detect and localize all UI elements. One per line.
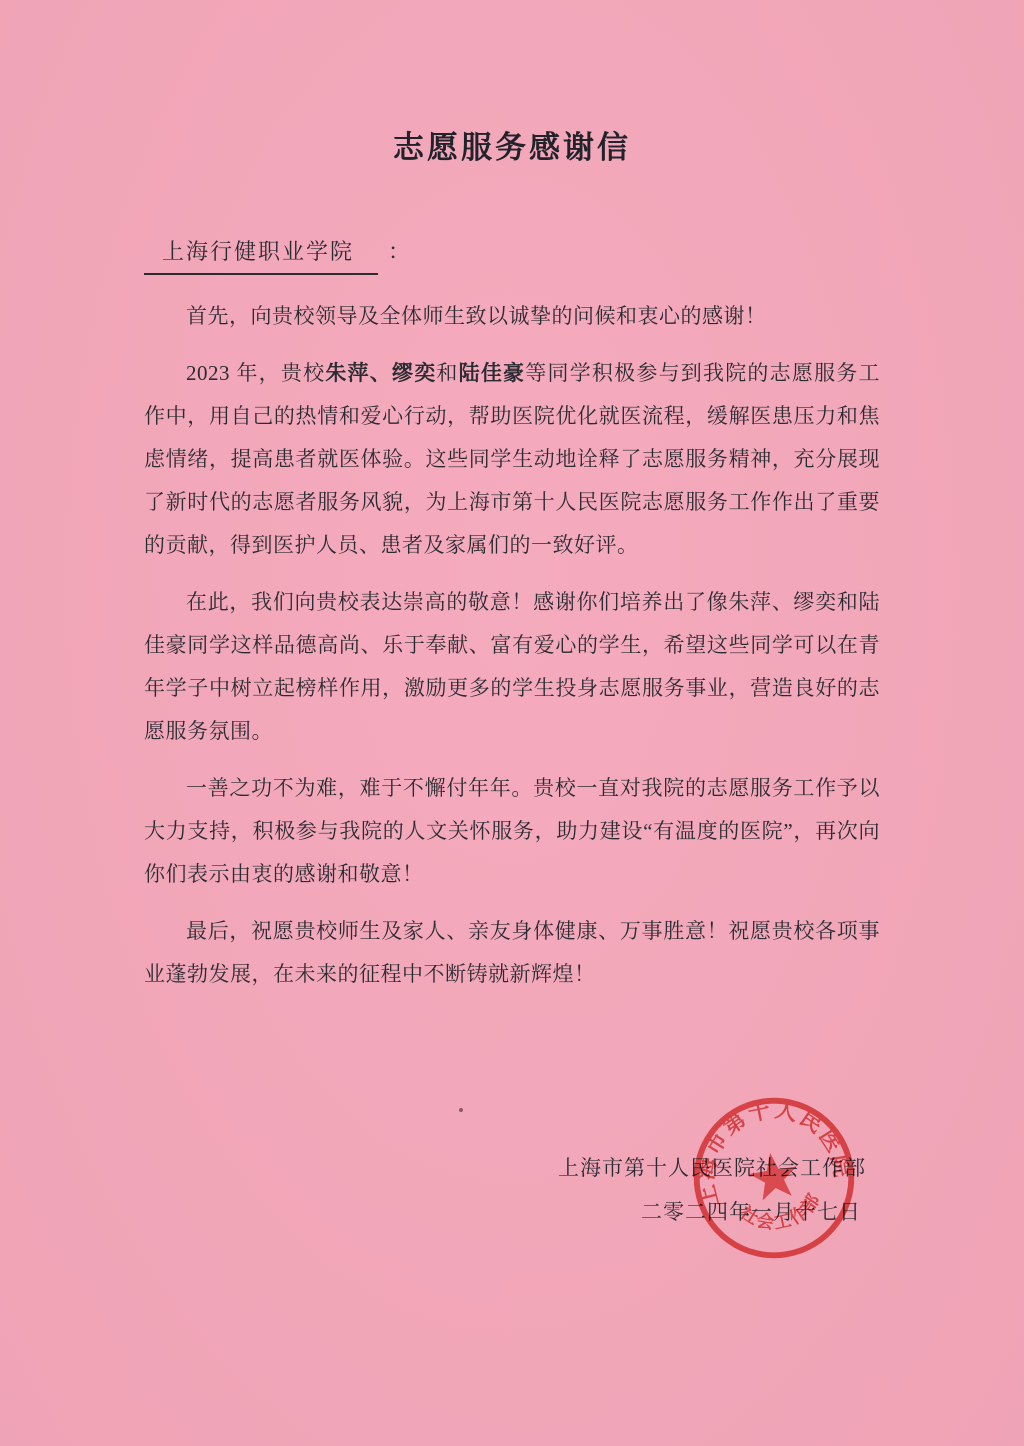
letter-body: 上海行健职业学院： 首先，向贵校领导及全体师生致以诚挚的问候和衷心的感谢！202… xyxy=(144,234,880,1010)
paragraph: 一善之功不为难，难于不懈付年年。贵校一直对我院的志愿服务工作予以大力支持，积极参… xyxy=(144,767,880,896)
salutation-colon: ： xyxy=(388,239,410,264)
paragraph-text: 2023 年，贵校 xyxy=(186,361,325,385)
paragraph-text: 最后，祝愿贵校师生及家人、亲友身体健康、万事胜意！祝愿贵校各项事业蓬勃发展，在未… xyxy=(144,919,880,986)
paragraph-text: 首先，向贵校领导及全体师生致以诚挚的问候和衷心的感谢！ xyxy=(186,304,767,328)
paragraph: 2023 年，贵校朱萍、缪奕和陆佳豪等同学积极参与到我院的志愿服务工作中，用自己… xyxy=(144,352,880,567)
paragraph: 首先，向贵校领导及全体师生致以诚挚的问候和衷心的感谢！ xyxy=(144,295,880,338)
signature-line: 上海市第十人民医院社会工作部 xyxy=(558,1152,866,1182)
paragraph-text: 一善之功不为难，难于不懈付年年。贵校一直对我院的志愿服务工作予以大力支持，积极参… xyxy=(144,776,880,886)
paragraph-text: 在此，我们向贵校表达崇高的敬意！感谢你们培养出了像朱萍、缪奕和陆佳豪同学这样品德… xyxy=(144,590,880,743)
paragraph-list: 首先，向贵校领导及全体师生致以诚挚的问候和衷心的感谢！2023 年，贵校朱萍、缪… xyxy=(144,295,880,996)
scan-speck xyxy=(459,1108,463,1112)
seal-arc-text: 上海市第十人民医院 xyxy=(682,1087,855,1210)
paragraph: 最后，祝愿贵校师生及家人、亲友身体健康、万事胜意！祝愿贵校各项事业蓬勃发展，在未… xyxy=(144,910,880,996)
student-names-bold: 朱萍、缪奕 xyxy=(325,361,436,385)
date-line: 二零二四年一月十七日 xyxy=(641,1196,861,1226)
paragraph-text: 和 xyxy=(436,361,458,385)
student-names-bold: 陆佳豪 xyxy=(459,361,526,385)
paragraph-text: 等同学积极参与到我院的志愿服务工作中，用自己的热情和爱心行动，帮助医院优化就医流… xyxy=(144,361,880,557)
salutation: 上海行健职业学院： xyxy=(144,234,880,275)
letter-title: 志愿服务感谢信 xyxy=(0,122,1024,167)
paragraph: 在此，我们向贵校表达崇高的敬意！感谢你们培养出了像朱萍、缪奕和陆佳豪同学这样品德… xyxy=(144,581,880,753)
svg-text:上海市第十人民医院: 上海市第十人民医院 xyxy=(682,1087,855,1210)
letter-page: 志愿服务感谢信 上海行健职业学院： 首先，向贵校领导及全体师生致以诚挚的问候和衷… xyxy=(0,0,1024,1446)
salutation-name: 上海行健职业学院 xyxy=(144,234,378,275)
